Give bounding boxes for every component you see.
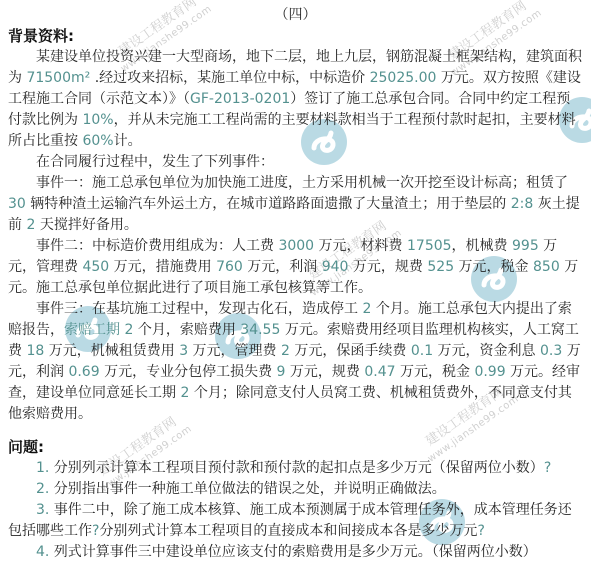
text-segment: 万元，材料费 xyxy=(314,238,407,254)
text-segment: 2:8 xyxy=(511,196,534,212)
text-segment: 万元，措施费用 xyxy=(109,259,216,275)
text-segment: 940 xyxy=(322,259,349,275)
text-segment: 在合同履行过程中，发生了下列事件： xyxy=(36,154,274,170)
text-segment: 760 xyxy=(216,259,243,275)
text-segment: 万元，专业分包停工损失费 xyxy=(100,364,277,380)
text-segment: 分别列式计算本工程项目的直接成本和间接成本各是多少万元 xyxy=(99,523,477,539)
text-segment: 34.55 xyxy=(240,322,280,338)
text-segment: ? xyxy=(477,523,484,539)
text-segment: 0.3 xyxy=(540,343,562,359)
text-segment: 0.47 xyxy=(364,364,395,380)
text-segment: 分别列示计算本工程项目预付款和预付款的起扣点是多少万元（保留两位小数） xyxy=(49,460,543,476)
text-segment: 850 xyxy=(533,259,560,275)
event-2-paragraph: 事件二：中标造价费用组成为：人工费 3000 万元，材料费 17505，机械费 … xyxy=(8,236,583,299)
text-segment: 索赔工期 xyxy=(64,322,120,338)
text-segment: 万元，保函手续费 xyxy=(290,343,411,359)
event-3-paragraph: 事件三：在基坑施工过程中，发现古化石，造成停工 2 个月。施工总承包大内提出了索… xyxy=(8,299,583,425)
text-segment: 4. xyxy=(36,544,49,560)
text-segment: 辆特种渣土运输汽车外运土方，在城市道路路面遗撒了大量渣土；用于垫层的 xyxy=(26,196,511,212)
question-1: 1. 分别列示计算本工程项目预付款和预付款的起扣点是多少万元（保留两位小数）? xyxy=(8,458,583,479)
text-segment: 万元，机械租赁费用 xyxy=(44,343,179,359)
text-segment: 0.99 xyxy=(474,364,505,380)
text-segment: 30 xyxy=(8,196,26,212)
text-segment: 3000 xyxy=(278,238,314,254)
text-segment: 分别指出事件一种施工单位做法的错误之处，并说明正确做法。 xyxy=(49,481,445,497)
text-segment: 2 xyxy=(281,343,290,359)
text-segment: 万元，税金 xyxy=(454,259,533,275)
text-segment: 450 xyxy=(82,259,109,275)
text-segment: 计。 xyxy=(114,133,142,149)
background-paragraph: 某建设单位投资兴建一大型商场，地下二层，地上九层，钢筋混凝土框架结构，建筑面积为… xyxy=(8,47,583,152)
question-3: 3. 事件二中，除了施工成本核算、施工成本预测属于成本管理任务外，成本管理任务还… xyxy=(8,500,583,542)
event-1-paragraph: 事件一：施工总承包单位为加快施工进度，土方采用机械一次开挖至设计标高；租赁了 3… xyxy=(8,173,583,236)
text-segment: 2. xyxy=(36,481,49,497)
text-segment: 10% xyxy=(82,112,113,128)
text-segment: 1. xyxy=(36,460,49,476)
text-segment: 列式计算事件三中建设单位应该支付的索赔费用是多少万元。（保留两位小数） xyxy=(49,544,536,560)
text-segment: 18 xyxy=(26,343,44,359)
text-segment: 万元，资金利息 xyxy=(433,343,540,359)
document-content: （四） 背景资料: 某建设单位投资兴建一大型商场，地下二层，地上九层，钢筋混凝土… xyxy=(0,0,591,563)
text-segment: 25025.00 xyxy=(370,70,437,86)
questions-heading: 问题: xyxy=(8,437,583,458)
events-intro-paragraph: 在合同履行过程中，发生了下列事件： xyxy=(8,152,583,173)
text-segment: 事件三：在基坑施工过程中，发现古化石，造成停工 xyxy=(36,301,362,317)
text-segment: 万元，规费 xyxy=(285,364,364,380)
text-segment: 60% xyxy=(82,133,113,149)
text-segment: 995 xyxy=(512,238,539,254)
section-title: （四） xyxy=(8,5,583,26)
question-2: 2. 分别指出事件一种施工单位做法的错误之处，并说明正确做法。 xyxy=(8,479,583,500)
text-segment: 0.69 xyxy=(68,364,99,380)
text-segment: 0.1 xyxy=(411,343,433,359)
text-segment: 3. xyxy=(36,502,49,518)
text-segment: 3 xyxy=(179,343,188,359)
text-segment: 事件一：施工总承包单位为加快施工进度，土方采用机械一次开挖至设计标高；租赁了 xyxy=(36,175,568,191)
text-segment: ，机械费 xyxy=(452,238,512,254)
text-segment: 天搅拌好备用。 xyxy=(35,217,137,233)
text-segment: 事件二：中标造价费用组成为：人工费 xyxy=(36,238,278,254)
background-heading: 背景资料: xyxy=(8,26,583,47)
text-segment: 万元，管理费 xyxy=(188,343,281,359)
text-segment: 17505 xyxy=(407,238,452,254)
exam-document-page: 建设工程教育网 www.jianshe99.com 建设工程教育网 www.ji… xyxy=(0,0,591,571)
text-segment: 万元，税金 xyxy=(396,364,475,380)
text-segment: 525 xyxy=(427,259,454,275)
text-segment: GF-2013-0201 xyxy=(190,91,290,107)
text-segment: 个月，索赔费用 xyxy=(133,322,240,338)
text-segment: 万元，规费 xyxy=(348,259,427,275)
text-segment: .经过攻来招标，某施工单位中标，中标造价 xyxy=(90,70,369,86)
text-segment: ? xyxy=(544,460,551,476)
question-4: 4. 列式计算事件三中建设单位应该支付的索赔费用是多少万元。（保留两位小数） xyxy=(8,542,583,563)
text-segment: 71500m² xyxy=(26,70,90,86)
text-segment: 万元，利润 xyxy=(243,259,322,275)
